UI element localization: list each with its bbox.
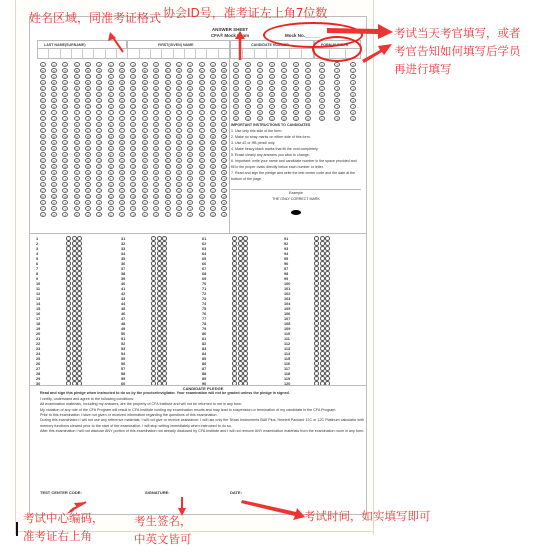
annotation-arrows xyxy=(0,0,552,558)
text-cursor xyxy=(16,522,18,536)
